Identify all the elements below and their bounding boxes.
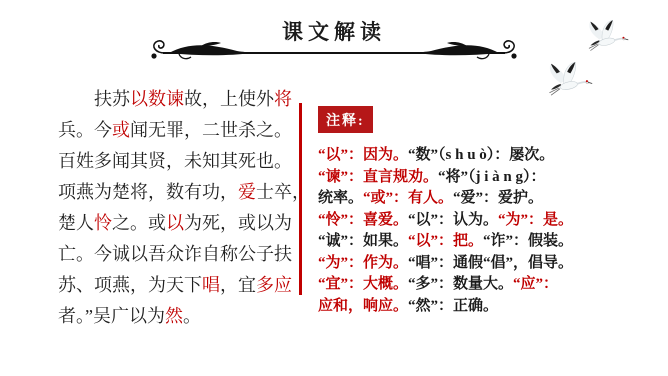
annotation-panel: 注释: “以”：因为。“数”（s h u ò）：屡次。“谏”：直言规劝。“将”（… — [318, 106, 648, 317]
text-line: 应和，响应。“然”：正确。 — [318, 296, 648, 318]
text-line: “以”：因为。“数”（s h u ò）：屡次。 — [318, 145, 648, 167]
text-line: 者。”吴广以为然。 — [58, 301, 303, 332]
vertical-divider — [299, 103, 302, 295]
text-line: 统率。“或”：有人。“爱”：爱护。 — [318, 188, 648, 210]
annotation-badge: 注释: — [318, 106, 373, 133]
slide: 课文解读 扶苏以数谏故，上使外将兵。今或闻无罪，二世杀 — [0, 0, 668, 376]
ornamental-divider-icon — [149, 32, 519, 62]
text-line: “诚”：如果。“以”：把。“诈”：假装。 — [318, 231, 648, 253]
text-line: 楚人怜之。或以为死，或以为 — [58, 208, 303, 239]
source-text: 扶苏以数谏故，上使外将兵。今或闻无罪，二世杀之。百姓多闻其贤，未知其死也。项燕为… — [58, 84, 303, 332]
text-line: “为”：作为。“唱”：通假“倡”，倡导。 — [318, 253, 648, 275]
text-line: “谏”：直言规劝。“将”（j i à n g）： — [318, 167, 648, 189]
text-line: 苏、项燕，为天下唱，宜多应 — [58, 270, 303, 301]
text-line: 百姓多闻其贤，未知其死也。 — [58, 146, 303, 177]
text-line: 兵。今或闻无罪，二世杀之。 — [58, 115, 303, 146]
annotation-text: “以”：因为。“数”（s h u ò）：屡次。“谏”：直言规劝。“将”（j i … — [318, 145, 648, 317]
crane-icon — [543, 60, 593, 103]
text-line: 项燕为楚将，数有功，爱士卒， — [58, 177, 303, 208]
text-line: 扶苏以数谏故，上使外将 — [58, 84, 303, 115]
crane-icon — [583, 18, 629, 58]
text-line: 亡。今诚以吾众诈自称公子扶 — [58, 239, 303, 270]
text-line: “怜”：喜爱。“以”：认为。“为”：是。 — [318, 210, 648, 232]
text-line: “宜”：大概。“多”：数量大。“应”： — [318, 274, 648, 296]
